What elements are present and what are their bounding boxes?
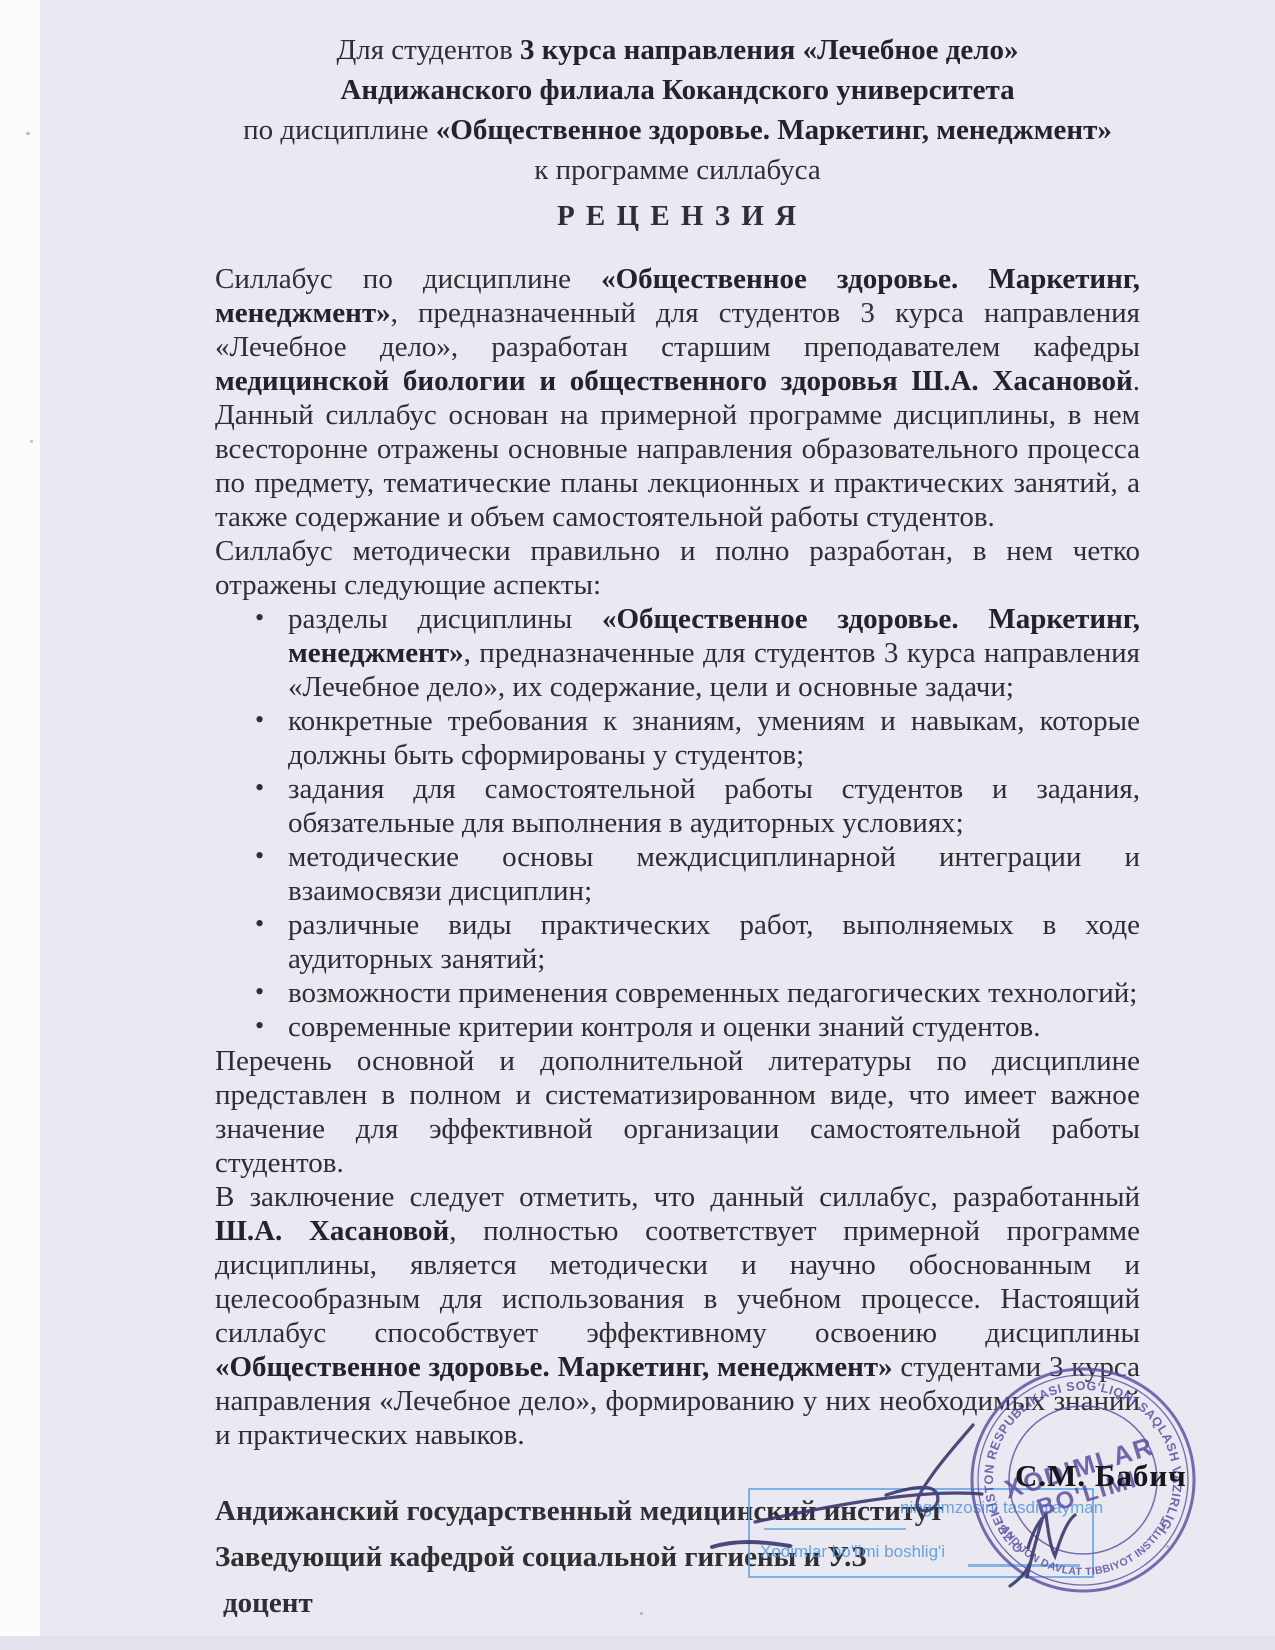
header-line: Андижанского филиала Кокандского универс… [215,70,1140,110]
list-item: •конкретные требования к знаниям, умения… [215,704,1140,772]
list-item-text: различные виды практических работ, выпол… [288,909,1140,975]
list-item-text: методические основы междисциплинарной ин… [288,841,1140,907]
list-item: •разделы дисциплины «Общественное здоров… [215,602,1140,704]
scan-speck [640,1612,643,1615]
bullet-icon: • [255,975,264,1009]
signature-dash [712,1542,790,1547]
scan-bottom-edge [0,1636,1275,1650]
list-item-text: задания для самостоятельной работы студе… [288,773,1140,839]
bullet-icon: • [255,839,264,873]
bullet-icon: • [255,907,264,941]
aspects-list: •разделы дисциплины «Общественное здоров… [215,602,1140,1044]
list-item: •различные виды практических работ, выпо… [215,908,1140,976]
scan-left-margin [0,0,40,1650]
document-header: Для студентов 3 курса направления «Лечеб… [215,30,1140,190]
paragraph-literature: Перечень основной и дополнительной литер… [215,1044,1140,1180]
paragraph-aspects-lead: Силлабус методически правильно и полно р… [215,534,1140,602]
bullet-icon: • [255,703,264,737]
list-item-text: современные критерии контроля и оценки з… [288,1011,1041,1043]
scan-speck [26,132,30,135]
signature [690,1380,1110,1610]
bullet-icon: • [255,1009,264,1043]
paragraph-intro: Силлабус по дисциплине «Общественное здо… [215,262,1140,534]
signer-name: С.М. Бабич [1015,1458,1187,1494]
list-item-text: возможности применения современных педаг… [288,977,1137,1009]
list-item: •задания для самостоятельной работы студ… [215,772,1140,840]
header-line: по дисциплине «Общественное здоровье. Ма… [215,110,1140,150]
list-item: •методические основы междисциплинарной и… [215,840,1140,908]
document-title: Р Е Ц Е Н З И Я [215,200,1140,232]
scan-speck [30,440,33,443]
list-item-text: разделы дисциплины «Общественное здоровь… [288,603,1140,703]
bullet-icon: • [255,771,264,805]
document-page: Для студентов 3 курса направления «Лечеб… [0,0,1275,1650]
list-item: •возможности применения современных педа… [215,976,1140,1010]
signature-scribble [1010,1515,1075,1586]
list-item-text: конкретные требования к знаниям, умениям… [288,705,1140,771]
header-line: к программе силлабуса [215,150,1140,190]
bullet-icon: • [255,601,264,635]
header-line: Для студентов 3 курса направления «Лечеб… [215,30,1140,70]
list-item: •современные критерии контроля и оценки … [215,1010,1140,1044]
signature-strike [755,1493,982,1522]
